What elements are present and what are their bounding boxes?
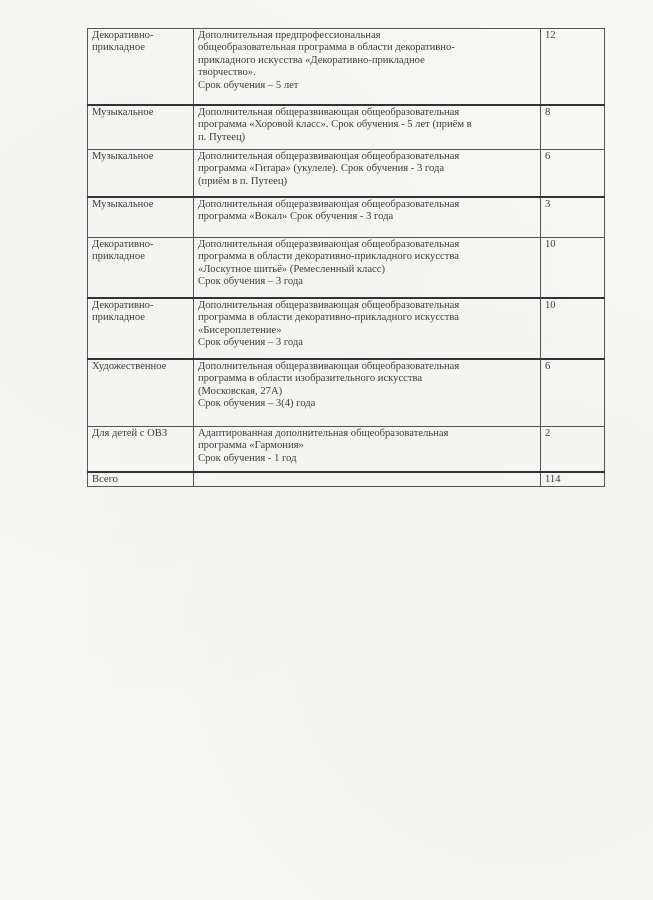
program-text: программа «Хоровой класс». Срок обучения… — [198, 119, 536, 131]
count-cell: 10 — [541, 238, 605, 299]
program-cell: Дополнительная общеразвивающая общеобраз… — [194, 238, 541, 299]
program-text: (Московская, 27А) — [198, 386, 536, 398]
direction-cell: Музыкальное — [88, 150, 194, 198]
table-row: Музыкальное Дополнительная общеразвивающ… — [88, 150, 605, 198]
program-text: Дополнительная предпрофессиональная — [198, 30, 536, 42]
program-text: Дополнительная общеразвивающая общеобраз… — [198, 107, 536, 119]
count-cell: 12 — [541, 29, 605, 106]
program-cell: Дополнительная общеразвивающая общеобраз… — [194, 150, 541, 198]
program-cell: Дополнительная предпрофессиональнаяобщео… — [194, 29, 541, 106]
program-text: программа в области декоративно-прикладн… — [198, 251, 536, 263]
program-text: Срок обучения - 1 год — [198, 453, 536, 465]
program-cell: Дополнительная общеразвивающая общеобраз… — [194, 197, 541, 238]
program-text: п. Путеец) — [198, 132, 536, 144]
total-row: Всего 114 — [88, 472, 605, 487]
program-text: «Бисероплетение» — [198, 325, 536, 337]
program-text: Срок обучения – 3 года — [198, 337, 536, 349]
direction-text: Художественное — [92, 361, 189, 373]
direction-cell: Декоративно-прикладное — [88, 29, 194, 106]
program-text: Дополнительная общеразвивающая общеобраз… — [198, 199, 536, 211]
program-text: прикладного искусства «Декоративно-прикл… — [198, 55, 536, 67]
direction-text: Декоративно- — [92, 239, 189, 251]
program-text: «Лоскутное шитьё» (Ремесленный класс) — [198, 264, 536, 276]
direction-text: Декоративно- — [92, 30, 189, 42]
count-cell: 6 — [541, 150, 605, 198]
direction-text: прикладное — [92, 42, 189, 54]
program-text: Адаптированная дополнительная общеобразо… — [198, 428, 536, 440]
table-row: Декоративно-прикладное Дополнительная пр… — [88, 29, 605, 106]
direction-cell: Декоративно-прикладное — [88, 298, 194, 359]
program-text: Дополнительная общеразвивающая общеобраз… — [198, 361, 536, 373]
count-cell: 8 — [541, 105, 605, 150]
table-row: Музыкальное Дополнительная общеразвивающ… — [88, 105, 605, 150]
direction-text: Музыкальное — [92, 151, 189, 163]
program-cell: Адаптированная дополнительная общеобразо… — [194, 427, 541, 473]
program-text: общеобразовательная программа в области … — [198, 42, 536, 54]
table-row: Художественное Дополнительная общеразвив… — [88, 359, 605, 427]
program-text: Дополнительная общеразвивающая общеобраз… — [198, 239, 536, 251]
total-label: Всего — [88, 472, 194, 487]
program-cell: Дополнительная общеразвивающая общеобраз… — [194, 298, 541, 359]
table-row: Декоративно-прикладное Дополнительная об… — [88, 238, 605, 299]
program-text: Срок обучения – 5 лет — [198, 80, 536, 92]
programs-table: Декоративно-прикладное Дополнительная пр… — [87, 28, 605, 487]
table-row: Для детей с ОВЗ Адаптированная дополните… — [88, 427, 605, 473]
direction-cell: Для детей с ОВЗ — [88, 427, 194, 473]
direction-text: Для детей с ОВЗ — [92, 428, 189, 440]
table-row: Музыкальное Дополнительная общеразвивающ… — [88, 197, 605, 238]
direction-text: Музыкальное — [92, 199, 189, 211]
direction-cell: Декоративно-прикладное — [88, 238, 194, 299]
direction-text: Декоративно- — [92, 300, 189, 312]
direction-cell: Художественное — [88, 359, 194, 427]
program-text: программа «Гитара» (укулеле). Срок обуче… — [198, 163, 536, 175]
total-count: 114 — [541, 472, 605, 487]
total-program-cell — [194, 472, 541, 487]
program-text: Срок обучения – 3(4) года — [198, 398, 536, 410]
direction-cell: Музыкальное — [88, 197, 194, 238]
direction-cell: Музыкальное — [88, 105, 194, 150]
program-text: программа «Гармония» — [198, 440, 536, 452]
direction-text: прикладное — [92, 312, 189, 324]
direction-text: прикладное — [92, 251, 189, 263]
program-text: Дополнительная общеразвивающая общеобраз… — [198, 300, 536, 312]
count-cell: 2 — [541, 427, 605, 473]
direction-text: Музыкальное — [92, 107, 189, 119]
program-text: программа «Вокал» Срок обучения - 3 года — [198, 211, 536, 223]
count-cell: 6 — [541, 359, 605, 427]
program-text: творчество». — [198, 67, 536, 79]
program-text: Срок обучения – 3 года — [198, 276, 536, 288]
program-text: (приём в п. Путеец) — [198, 176, 536, 188]
program-cell: Дополнительная общеразвивающая общеобраз… — [194, 359, 541, 427]
program-text: Дополнительная общеразвивающая общеобраз… — [198, 151, 536, 163]
program-text: программа в области изобразительного иск… — [198, 373, 536, 385]
program-text: программа в области декоративно-прикладн… — [198, 312, 536, 324]
table-row: Декоративно-прикладное Дополнительная об… — [88, 298, 605, 359]
count-cell: 10 — [541, 298, 605, 359]
count-cell: 3 — [541, 197, 605, 238]
program-cell: Дополнительная общеразвивающая общеобраз… — [194, 105, 541, 150]
